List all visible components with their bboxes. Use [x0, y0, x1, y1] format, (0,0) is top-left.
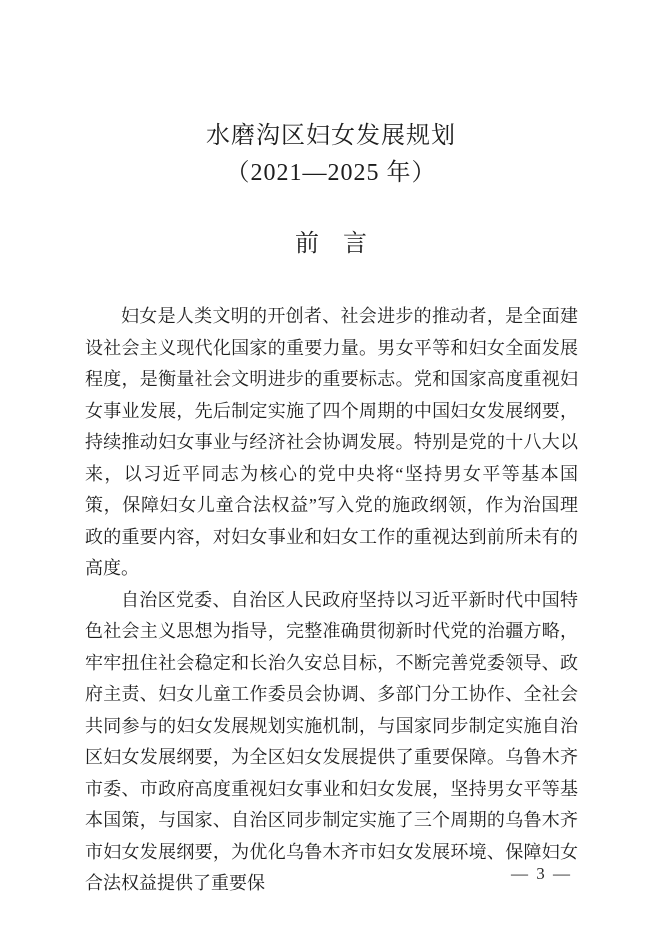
document-body: 妇女是人类文明的开创者、社会进步的推动者，是全面建设社会主义现代化国家的重要力量…	[85, 301, 578, 900]
paragraph-2: 自治区党委、自治区人民政府坚持以习近平新时代中国特色社会主义思想为指导，完整准确…	[85, 585, 578, 900]
document-title: 水磨沟区妇女发展规划	[0, 0, 662, 155]
paragraph-1: 妇女是人类文明的开创者、社会进步的推动者，是全面建设社会主义现代化国家的重要力量…	[85, 301, 578, 585]
page-number: — 3 —	[511, 864, 572, 884]
document-subtitle: （2021—2025 年）	[0, 155, 662, 191]
section-heading-preface: 前 言	[0, 226, 662, 263]
document-page: 水磨沟区妇女发展规划 （2021—2025 年） 前 言 妇女是人类文明的开创者…	[0, 0, 662, 936]
